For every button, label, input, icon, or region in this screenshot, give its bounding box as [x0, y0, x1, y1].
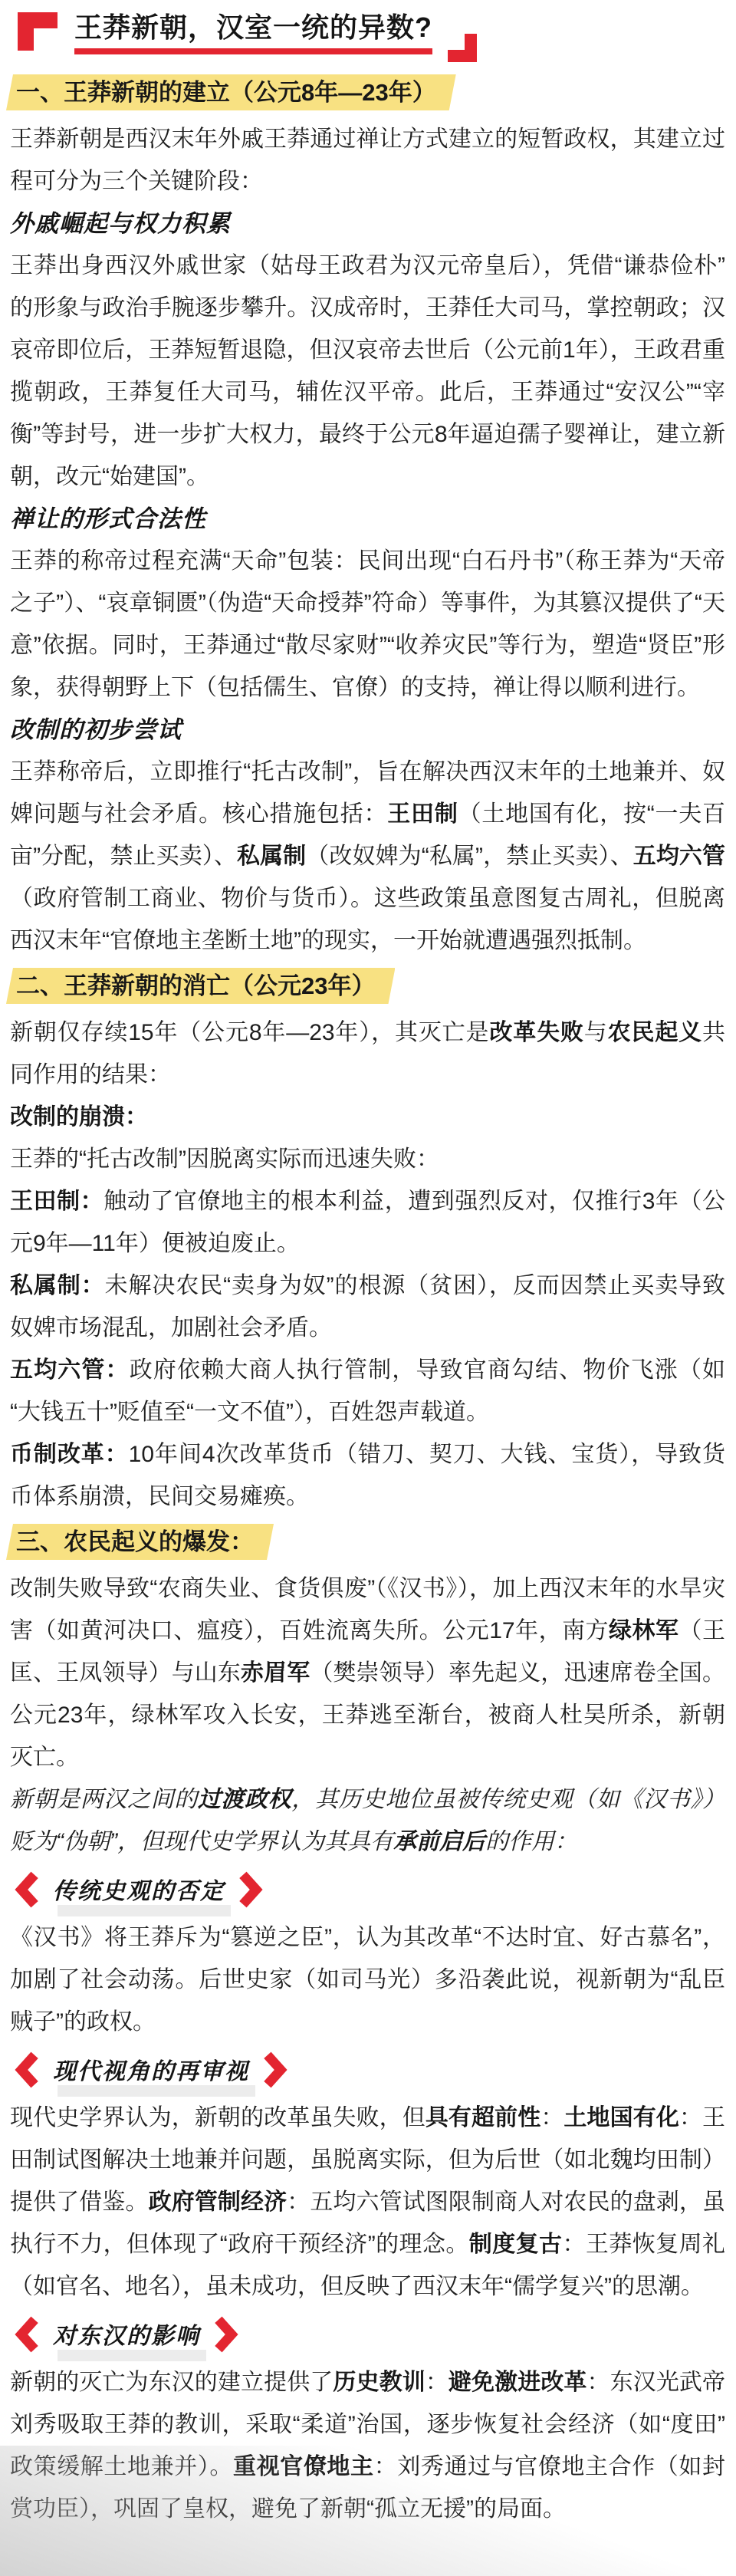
chevron-right-icon: [238, 1871, 263, 1908]
paragraph: 王田制：触动了官僚地主的根本利益，遭到强烈反对，仅推行3年（公元9年—11年）便…: [10, 1180, 725, 1265]
paragraph: 王莽的称帝过程充满“天命”包装：民间出现“白石丹书”（称王莽为“天帝之子”）、“…: [10, 540, 725, 709]
paragraph: 私属制：未解决农民“卖身为奴”的根源（贫困），反而因禁止买卖导致奴婢市场混乱，加…: [10, 1265, 725, 1349]
chevron-heading-label: 现代视角的再审视: [53, 2052, 249, 2087]
corner-quote-close-icon: [448, 34, 477, 62]
corner-quote-open-icon: [18, 12, 58, 51]
paragraph: 币制改革：10年间4次改革货币（错刀、契刀、大钱、宝货），导致货币体系崩溃，民间…: [10, 1433, 725, 1518]
subsection-heading-chevron: 传统史观的否定: [15, 1866, 725, 1913]
section-heading-highlighted: 二、王莽新朝的消亡（公元23年）: [6, 968, 395, 1004]
page-title: 王莽新朝，汉室一统的异数?: [74, 11, 432, 44]
paragraph: 《汉书》将王莽斥为“篡逆之臣”，认为其改革“不达时宜、好古慕名”，加剧了社会动荡…: [10, 1916, 725, 2043]
paragraph: 王莽新朝是西汉末年外戚王莽通过禅让方式建立的短暂政权，其建立过程可分为三个关键阶…: [10, 118, 725, 202]
article-body: 一、王莽新朝的建立（公元8年—23年）王莽新朝是西汉末年外戚王莽通过禅让方式建立…: [10, 74, 725, 2530]
paragraph: 现代史学界认为，新朝的改革虽失败，但具有超前性：土地国有化：王田制试图解决土地兼…: [10, 2097, 725, 2308]
chevron-left-icon: [15, 1871, 40, 1908]
chevron-right-icon: [213, 2316, 238, 2353]
subsection-heading-italic: 禅让的形式合法性: [10, 498, 725, 540]
paragraph: 五均六管：政府依赖大商人执行管制，导致官商勾结、物价飞涨（如“大钱五十”贬值至“…: [10, 1349, 725, 1433]
subsection-heading-chevron: 对东汉的影响: [15, 2311, 725, 2358]
paragraph: 王莽出身西汉外戚世家（姑母王政君为汉元帝皇后），凭借“谦恭俭朴”的形象与政治手腕…: [10, 245, 725, 498]
paragraph: 改制的崩溃：: [10, 1096, 725, 1138]
chevron-heading-label: 传统史观的否定: [53, 1872, 225, 1907]
article-header: 王莽新朝，汉室一统的异数?: [10, 11, 725, 68]
section-heading-highlighted: 三、农民起义的爆发：: [6, 1524, 274, 1560]
paragraph: 新朝仅存续15年（公元8年—23年），其灭亡是改革失败与农民起义共同作用的结果：: [10, 1012, 725, 1096]
section-heading-highlighted: 一、王莽新朝的建立（公元8年—23年）: [6, 74, 456, 110]
article-page: 王莽新朝，汉室一统的异数? 一、王莽新朝的建立（公元8年—23年）王莽新朝是西汉…: [0, 0, 736, 2576]
chevron-left-icon: [15, 2051, 40, 2088]
chevron-right-icon: [262, 2051, 287, 2088]
chevron-left-icon: [15, 2316, 40, 2353]
paragraph: 改制失败导致“农商失业、食货俱废”（《汉书》），加上西汉末年的水旱灾害（如黄河决…: [10, 1568, 725, 1778]
subsection-heading-italic: 外戚崛起与权力积累: [10, 202, 725, 245]
subsection-heading-italic: 改制的初步尝试: [10, 709, 725, 751]
title-underline: [74, 48, 432, 54]
paragraph: 新朝的灭亡为东汉的建立提供了历史教训：避免激进改革：东汉光武帝刘秀吸取王莽的教训…: [10, 2361, 725, 2530]
subsection-heading-chevron: 现代视角的再审视: [15, 2046, 725, 2094]
paragraph: 王莽的“托古改制”因脱离实际而迅速失败：: [10, 1138, 725, 1180]
title-block: 王莽新朝，汉室一统的异数?: [74, 11, 432, 54]
paragraph: 王莽称帝后，立即推行“托古改制”，旨在解决西汉末年的土地兼并、奴婢问题与社会矛盾…: [10, 751, 725, 962]
paragraph: 新朝是两汉之间的过渡政权，其历史地位虽被传统史观（如《汉书》）贬为“伪朝”，但现…: [10, 1778, 725, 1863]
chevron-heading-label: 对东汉的影响: [53, 2317, 200, 2352]
